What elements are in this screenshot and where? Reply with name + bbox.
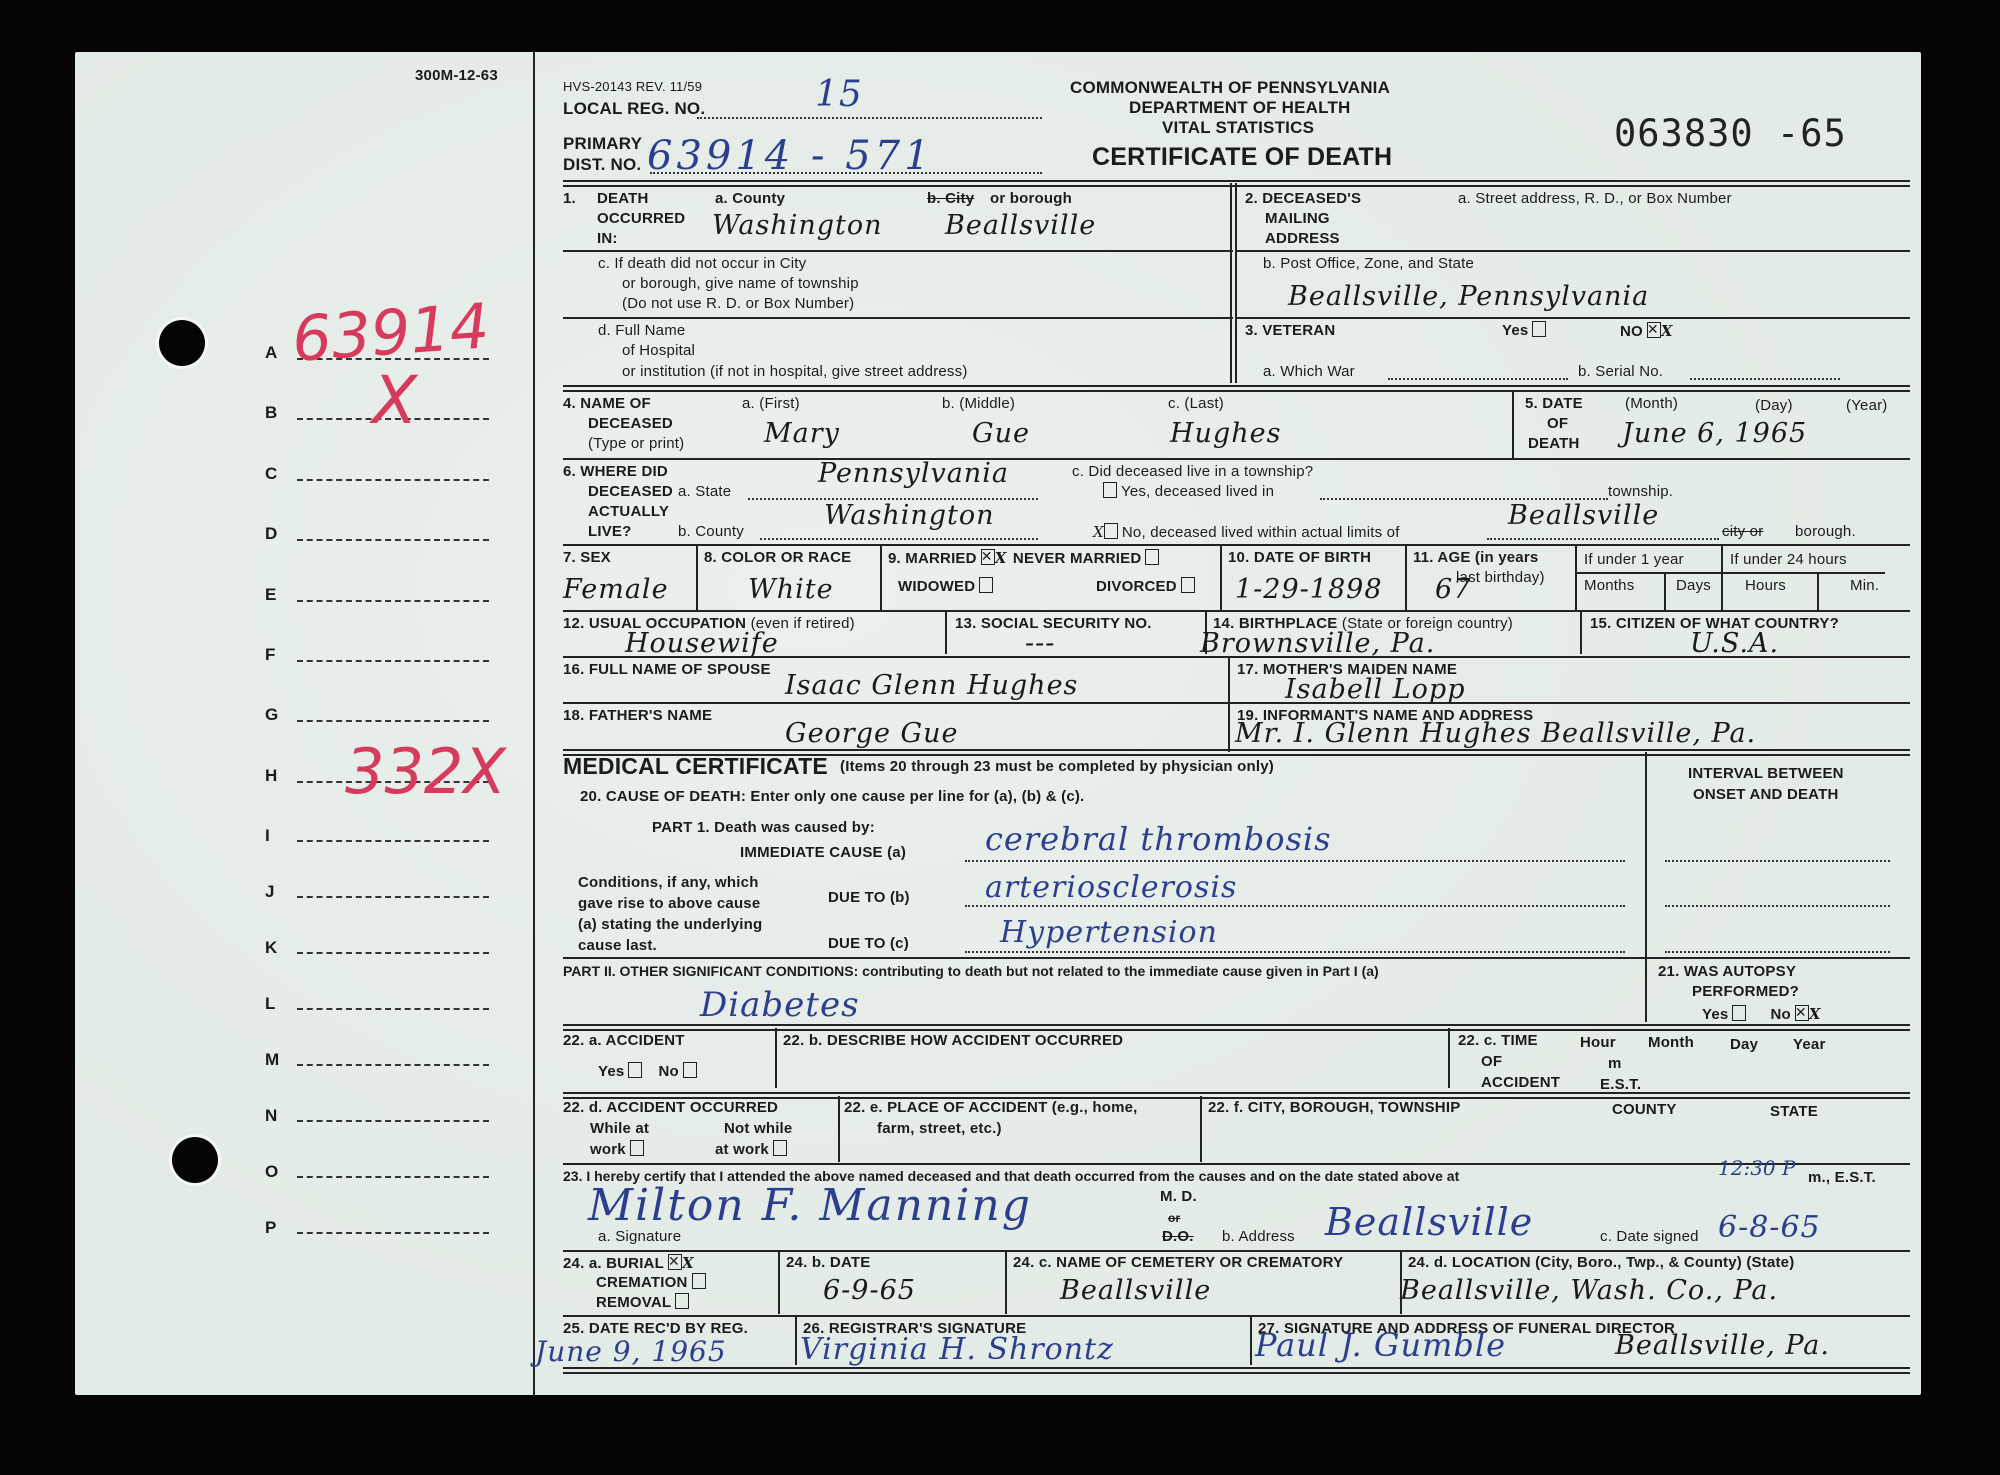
veteran-yes-checkbox[interactable] [1532, 321, 1546, 337]
item-6-label-4: LIVE? [588, 522, 632, 542]
accident-county-label: COUNTY [1612, 1100, 1677, 1120]
cremation-row: CREMATION [596, 1273, 706, 1293]
sex-label: 7. SEX [563, 548, 611, 568]
widowed-label: WIDOWED [898, 578, 975, 595]
div-9-10 [1220, 544, 1222, 610]
day-label: (Day) [1755, 396, 1793, 416]
city-borough-label: 22. f. CITY, BOROUGH, TOWNSHIP [1208, 1098, 1460, 1118]
dist-no-label: DIST. NO. [563, 155, 641, 175]
do-label: D.O. [1162, 1227, 1194, 1247]
autopsy-no-label: No [1770, 1006, 1790, 1023]
div-8-9 [880, 544, 882, 610]
stub-letter-m: M [265, 1050, 279, 1070]
item-2-rule-1 [1237, 250, 1910, 252]
autopsy-yes-label: Yes [1702, 1006, 1728, 1023]
interval-label-2: ONSET AND DEATH [1693, 785, 1839, 805]
cemetery-value: Beallsville [1060, 1275, 1211, 1306]
township-no-mark: X [1093, 523, 1104, 541]
informant-value: Mr. I. Glenn Hughes Beallsville, Pa. [1235, 718, 1756, 749]
accident-no-label: No [658, 1063, 678, 1080]
date-signed-label: c. Date signed [1600, 1227, 1699, 1247]
item-1-label-1: DEATH [597, 189, 649, 209]
days-label: Days [1676, 576, 1711, 596]
residence-county-value: Washington [824, 500, 995, 531]
borough-value: Beallsville [945, 210, 1096, 241]
due-to-c-value: Hypertension [1000, 915, 1218, 950]
item-6-label-2: DECEASED [588, 482, 673, 502]
place-accident-label-2: farm, street, etc.) [877, 1119, 1002, 1139]
stub-letter-d: D [265, 524, 277, 544]
autopsy-yes-checkbox[interactable] [1732, 1005, 1746, 1021]
hospital-label-3: or institution (if not in hospital, give… [622, 362, 968, 382]
veteran-yes-label: Yes [1502, 322, 1528, 339]
stub-line-d [297, 539, 489, 541]
sex-value: Female [563, 574, 669, 605]
certify-time-value: 12:30 P [1718, 1156, 1795, 1180]
div-under1-under24 [1721, 544, 1723, 610]
conditions-label-3: (a) stating the underlying [578, 915, 762, 935]
section-rule-4 [563, 610, 1910, 612]
first-name-label: a. (First) [742, 394, 800, 414]
location-value: Beallsville, Wash. Co., Pa. [1400, 1275, 1778, 1306]
div-months-days [1664, 572, 1666, 610]
veteran-no: NOX [1620, 321, 1673, 342]
widowed-checkbox[interactable] [979, 577, 993, 593]
under-rule [1575, 572, 1885, 574]
item-2-label-3: ADDRESS [1265, 229, 1340, 249]
div-10-11 [1405, 544, 1407, 610]
item-4-5-divider [1512, 390, 1514, 458]
autopsy-label-2: PERFORMED? [1692, 982, 1799, 1002]
never-married-label: NEVER MARRIED [1013, 550, 1141, 567]
item-2-rule-2 [1237, 317, 1910, 319]
spouse-label: 16. FULL NAME OF SPOUSE [563, 660, 771, 680]
township-yes: Yes, deceased lived in [1103, 482, 1274, 502]
item-1-2-divider [1230, 183, 1237, 383]
township-no-checkbox[interactable] [1104, 523, 1118, 539]
middle-name-value: Gue [972, 418, 1030, 449]
borough-label: or borough [990, 189, 1072, 209]
stub-line-n [297, 1120, 489, 1122]
section-rule-3 [563, 544, 1910, 546]
race-label: 8. COLOR OR RACE [704, 548, 851, 568]
occupation-value: Housewife [625, 628, 779, 659]
item-1-label-2: OCCURRED [597, 209, 685, 229]
married-checkbox[interactable] [981, 549, 995, 565]
location-label: 24. d. LOCATION (City, Boro., Twp., & Co… [1408, 1253, 1794, 1273]
part1-label: PART 1. Death was caused by: [652, 818, 875, 838]
father-label: 18. FATHER'S NAME [563, 706, 712, 726]
month-label: (Month) [1625, 394, 1678, 414]
stub-letter-g: G [265, 705, 278, 725]
time-accident-label-2: OF [1481, 1052, 1502, 1072]
due-to-c-line [965, 951, 1625, 953]
immediate-cause-label: IMMEDIATE CAUSE (a) [740, 843, 906, 863]
not-while-at-work-checkbox[interactable] [773, 1140, 787, 1156]
physician-address-value: Beallsville [1325, 1200, 1533, 1244]
date-of-death-value: June 6, 1965 [1622, 418, 1807, 449]
time-hour-label: Hour [1580, 1033, 1616, 1053]
township-yes-checkbox[interactable] [1103, 482, 1117, 498]
div-22b-22c [1448, 1028, 1450, 1088]
section-rule-11 [563, 1163, 1910, 1165]
stub-letter-o: O [265, 1162, 278, 1182]
divorced-label: DIVORCED [1096, 578, 1177, 595]
funeral-director-address: Beallsville, Pa. [1615, 1330, 1830, 1361]
spouse-value: Isaac Glenn Hughes [785, 670, 1078, 701]
accident-occurred-label: 22. d. ACCIDENT OCCURRED [563, 1098, 778, 1118]
stub-letter-e: E [265, 585, 276, 605]
hospital-label-2: of Hospital [622, 341, 695, 361]
county-value: Washington [712, 210, 883, 241]
section-rule-6 [563, 702, 1910, 704]
section-rule-2 [563, 458, 1910, 460]
section-rule-13 [563, 1315, 1910, 1317]
stock-number: 300M-12-63 [415, 66, 498, 86]
location-label-text: 24. d. LOCATION (City, Boro., Twp., & Co… [1408, 1254, 1794, 1271]
div-11-under1 [1575, 544, 1577, 610]
while-at-work: work [590, 1140, 644, 1160]
married-mark: X [995, 549, 1007, 567]
burial-date-label: 24. b. DATE [786, 1253, 870, 1273]
item-5-label-3: DEATH [1528, 434, 1580, 454]
married-row: 9. MARRIEDX NEVER MARRIED [888, 548, 1159, 569]
form-number: HVS-20143 REV. 11/59 [563, 77, 702, 97]
place-accident-label-1: 22. e. PLACE OF ACCIDENT (e.g., home, [844, 1098, 1138, 1118]
header-vital-statistics: VITAL STATISTICS [1162, 118, 1314, 138]
item-1-label-3: IN: [597, 229, 618, 249]
divorced-checkbox[interactable] [1181, 577, 1195, 593]
accident-yes-label: Yes [598, 1063, 624, 1080]
interval-line-a [1665, 860, 1890, 862]
due-to-c-label: DUE TO (c) [828, 934, 909, 954]
accident-state-label: STATE [1770, 1102, 1818, 1122]
under-24-hours-label: If under 24 hours [1730, 550, 1847, 570]
item-4-label-3: (Type or print) [588, 434, 684, 454]
physician-signature: Milton F. Manning [588, 1180, 1032, 1231]
local-reg-value: 15 [815, 74, 863, 115]
item-5-label-2: OF [1547, 414, 1568, 434]
burial-label: 24. a. BURIAL [563, 1255, 664, 1272]
accident-answers: YesNo [598, 1062, 697, 1082]
interval-line-c [1665, 951, 1890, 953]
post-office-label: b. Post Office, Zone, and State [1263, 254, 1474, 274]
registrar-signature: Virginia H. Shrontz [800, 1332, 1114, 1367]
conditions-label-2: gave rise to above cause [578, 894, 760, 914]
item-1-rule-2 [563, 317, 1233, 319]
red-mark-332x: 332X [345, 735, 506, 808]
dob-value: 1-29-1898 [1235, 574, 1383, 605]
certify-time-suffix: m., E.S.T. [1808, 1168, 1876, 1188]
div-7-8 [696, 544, 698, 610]
local-reg-line [697, 117, 1042, 119]
stub-line-i [297, 840, 489, 842]
time-accident-label-3: ACCIDENT [1481, 1073, 1560, 1093]
accident-label: 22. a. ACCIDENT [563, 1031, 685, 1051]
borough-suffix: borough. [1795, 522, 1856, 542]
item-1-rule-1 [563, 250, 1233, 252]
cremation-checkbox[interactable] [692, 1273, 706, 1289]
div-24b-24c [1005, 1250, 1007, 1314]
removal-label: REMOVAL [596, 1294, 671, 1311]
veteran-label: 3. VETERAN [1245, 321, 1335, 341]
father-value: George Gue [785, 718, 959, 749]
autopsy-label-1: 21. WAS AUTOPSY [1658, 962, 1796, 982]
stub-line-k [297, 952, 489, 954]
never-married-checkbox[interactable] [1145, 549, 1159, 565]
veteran-yes: Yes [1502, 321, 1546, 341]
stub-line-o [297, 1176, 489, 1178]
residence-state-value: Pennsylvania [818, 458, 1009, 489]
serial-label: b. Serial No. [1578, 362, 1663, 382]
which-war-label: a. Which War [1263, 362, 1355, 382]
stub-letter-n: N [265, 1106, 277, 1126]
residence-county-label: b. County [678, 522, 744, 542]
div-12-13 [945, 610, 947, 654]
post-office-value: Beallsville, Pennsylvania [1288, 281, 1649, 312]
red-mark-x: X [372, 362, 417, 439]
header-department: DEPARTMENT OF HEALTH [1129, 98, 1351, 118]
not-while-at-work: at work [715, 1140, 787, 1160]
accident-no-checkbox[interactable] [683, 1062, 697, 1078]
months-label: Months [1584, 576, 1634, 596]
city-or-struck: city or [1722, 522, 1763, 542]
middle-name-label: b. (Middle) [942, 394, 1015, 414]
township-suffix: township. [1608, 482, 1673, 502]
township-label-2: or borough, give name of township [622, 274, 859, 294]
time-m-label: m [1608, 1054, 1622, 1074]
while-at-work-label: work [590, 1141, 626, 1158]
header-commonwealth: COMMONWEALTH OF PENNSYLVANIA [1070, 78, 1390, 98]
stub-letter-h: H [265, 766, 277, 786]
township-no: XNo, deceased lived within actual limits… [1093, 522, 1400, 543]
div-26-27 [1250, 1315, 1252, 1365]
burial-row: 24. a. BURIALX [563, 1253, 694, 1274]
medical-note: (Items 20 through 23 must be completed b… [840, 757, 1274, 777]
burial-checkbox[interactable] [668, 1254, 682, 1270]
township-question: c. Did deceased live in a township? [1072, 462, 1313, 482]
burial-mark: X [682, 1254, 694, 1272]
age-label-1: 11. AGE (in years [1413, 548, 1538, 568]
residence-county-line [760, 538, 1038, 540]
stub-letter-k: K [265, 938, 277, 958]
time-day-label: Day [1730, 1035, 1758, 1055]
autopsy-no-checkbox[interactable] [1795, 1005, 1809, 1021]
funeral-director-signature: Paul J. Gumble [1255, 1326, 1506, 1364]
punch-hole-bottom [172, 1137, 218, 1183]
item-1-num: 1. [563, 189, 576, 209]
accident-yes-checkbox[interactable] [628, 1062, 642, 1078]
part2-label: PART II. OTHER SIGNIFICANT CONDITIONS: c… [563, 961, 1379, 981]
township-label-1: c. If death did not occur in City [598, 254, 806, 274]
stub-letter-f: F [265, 645, 275, 665]
hospital-label-1: d. Full Name [598, 321, 685, 341]
stub-letter-c: C [265, 464, 277, 484]
section-rule-9 [563, 1024, 1910, 1031]
punch-hole-top [159, 320, 205, 366]
div-14-15 [1580, 610, 1582, 654]
div-16-17 [1228, 656, 1230, 752]
not-while-at-work-label: at work [715, 1141, 769, 1158]
section-rule-1 [563, 385, 1910, 392]
stub-line-j [297, 896, 489, 898]
medical-title: MEDICAL CERTIFICATE [563, 752, 828, 780]
citizen-value: U.S.A. [1690, 628, 1779, 659]
autopsy-no-mark: X [1809, 1005, 1821, 1023]
year-label: (Year) [1846, 396, 1888, 416]
stub-divider [533, 52, 535, 1395]
hours-label: Hours [1745, 576, 1786, 596]
page-title: CERTIFICATE OF DEATH [1092, 142, 1392, 172]
not-while-label: Not while [724, 1119, 792, 1139]
while-at-label: While at [590, 1119, 649, 1139]
last-name-value: Hughes [1170, 418, 1281, 449]
widowed-row: WIDOWED [898, 577, 993, 597]
stub-line-c [297, 479, 489, 481]
date-received-value: June 9, 1965 [535, 1335, 727, 1368]
time-accident-label-1: 22. c. TIME [1458, 1031, 1538, 1051]
local-reg-label: LOCAL REG. NO. [563, 99, 705, 119]
which-war-line [1388, 378, 1568, 380]
married-label: 9. MARRIED [888, 550, 977, 567]
divorced-row: DIVORCED [1096, 577, 1195, 597]
item-2-label-2: MAILING [1265, 209, 1330, 229]
cemetery-label: 24. c. NAME OF CEMETERY OR CREMATORY [1013, 1253, 1343, 1273]
mother-value: Isabell Lopp [1285, 674, 1466, 705]
stub-line-p [297, 1232, 489, 1234]
or-label: or [1168, 1208, 1180, 1228]
div-24a-24b [778, 1250, 780, 1314]
section-rule-5 [563, 656, 1910, 658]
due-to-b-label: DUE TO (b) [828, 888, 910, 908]
primary-label: PRIMARY [563, 134, 642, 154]
section-rule-8 [563, 957, 1910, 959]
certificate-number: 063830 -65 [1614, 112, 1847, 155]
time-year-label: Year [1793, 1035, 1826, 1055]
stub-line-m [297, 1064, 489, 1066]
physician-address-label: b. Address [1222, 1227, 1295, 1247]
immediate-cause-line [965, 860, 1625, 862]
due-to-b-value: arteriosclerosis [985, 870, 1237, 905]
stub-line-e [297, 600, 489, 602]
veteran-no-mark: X [1661, 322, 1673, 340]
time-month-label: Month [1648, 1033, 1694, 1053]
serial-line [1690, 378, 1840, 380]
street-label: a. Street address, R. D., or Box Number [1458, 189, 1732, 209]
stub-line-g [297, 720, 489, 722]
div-hours-min [1817, 572, 1819, 610]
residence-state-label: a. State [678, 482, 731, 502]
min-label: Min. [1850, 576, 1879, 596]
veteran-no-label: NO [1620, 323, 1643, 340]
stub-letter-b: B [265, 403, 277, 423]
bottom-rule [563, 1367, 1910, 1374]
date-signed-value: 6-8-65 [1718, 1210, 1821, 1245]
township-label-3: (Do not use R. D. or Box Number) [622, 294, 854, 314]
dob-label: 10. DATE OF BIRTH [1228, 548, 1371, 568]
city-label-struck: b. City [927, 189, 974, 209]
cause-header: 20. CAUSE OF DEATH: Enter only one cause… [580, 787, 1084, 807]
first-name-value: Mary [764, 418, 840, 449]
item-2-label-1: 2. DECEASED'S [1245, 189, 1361, 209]
stub-letter-i: I [265, 826, 270, 846]
while-at-work-checkbox[interactable] [630, 1140, 644, 1156]
birthplace-value: Brownsville, Pa. [1200, 628, 1435, 659]
last-name-label: c. (Last) [1168, 394, 1224, 414]
race-value: White [748, 574, 834, 605]
immediate-cause-value: cerebral thrombosis [985, 820, 1332, 858]
township-no-text: No, deceased lived within actual limits … [1122, 524, 1400, 541]
due-to-b-line [965, 905, 1625, 907]
conditions-label-1: Conditions, if any, which [578, 873, 759, 893]
stub-letter-a: A [265, 343, 277, 363]
interval-label-1: INTERVAL BETWEEN [1688, 764, 1844, 784]
md-label: M. D. [1160, 1187, 1197, 1207]
dist-no-value: 63914 - 571 [647, 133, 934, 179]
div-22e-22f [1200, 1096, 1202, 1162]
county-label: a. County [715, 189, 785, 209]
removal-row: REMOVAL [596, 1293, 689, 1313]
stub-letter-l: L [265, 994, 275, 1014]
describe-accident-label: 22. b. DESCRIBE HOW ACCIDENT OCCURRED [783, 1031, 1123, 1051]
stub-line-f [297, 660, 489, 662]
autopsy-answers: YesNoX [1702, 1004, 1821, 1025]
part2-value: Diabetes [700, 985, 860, 1025]
age-value: 67 [1435, 574, 1471, 605]
burial-date-value: 6-9-65 [823, 1275, 916, 1306]
interval-line-b [1665, 905, 1890, 907]
under-1-year-label: If under 1 year [1584, 550, 1684, 570]
item-4-label-2: DECEASED [588, 414, 673, 434]
limits-value: Beallsville [1508, 500, 1659, 531]
conditions-label-4: cause last. [578, 936, 657, 956]
cremation-label: CREMATION [596, 1274, 688, 1291]
item-6-label-1: 6. WHERE DID [563, 462, 668, 482]
section-rule-12 [563, 1250, 1910, 1252]
removal-checkbox[interactable] [675, 1293, 689, 1309]
township-yes-text: Yes, deceased lived in [1121, 483, 1274, 500]
item-4-label-1: 4. NAME OF [563, 394, 651, 414]
stub-letter-j: J [265, 882, 274, 902]
div-22d-22e [838, 1096, 840, 1162]
item-5-label-1: 5. DATE [1525, 394, 1583, 414]
interval-divider [1645, 752, 1647, 1022]
ssn-value: --- [1025, 628, 1055, 659]
div-22a-22b [775, 1028, 777, 1088]
stub-letter-p: P [265, 1218, 276, 1238]
stub-line-l [297, 1008, 489, 1010]
div-25-26 [795, 1315, 797, 1365]
veteran-no-checkbox[interactable] [1647, 322, 1661, 338]
limits-line [1487, 538, 1719, 540]
item-6-label-3: ACTUALLY [588, 502, 669, 522]
